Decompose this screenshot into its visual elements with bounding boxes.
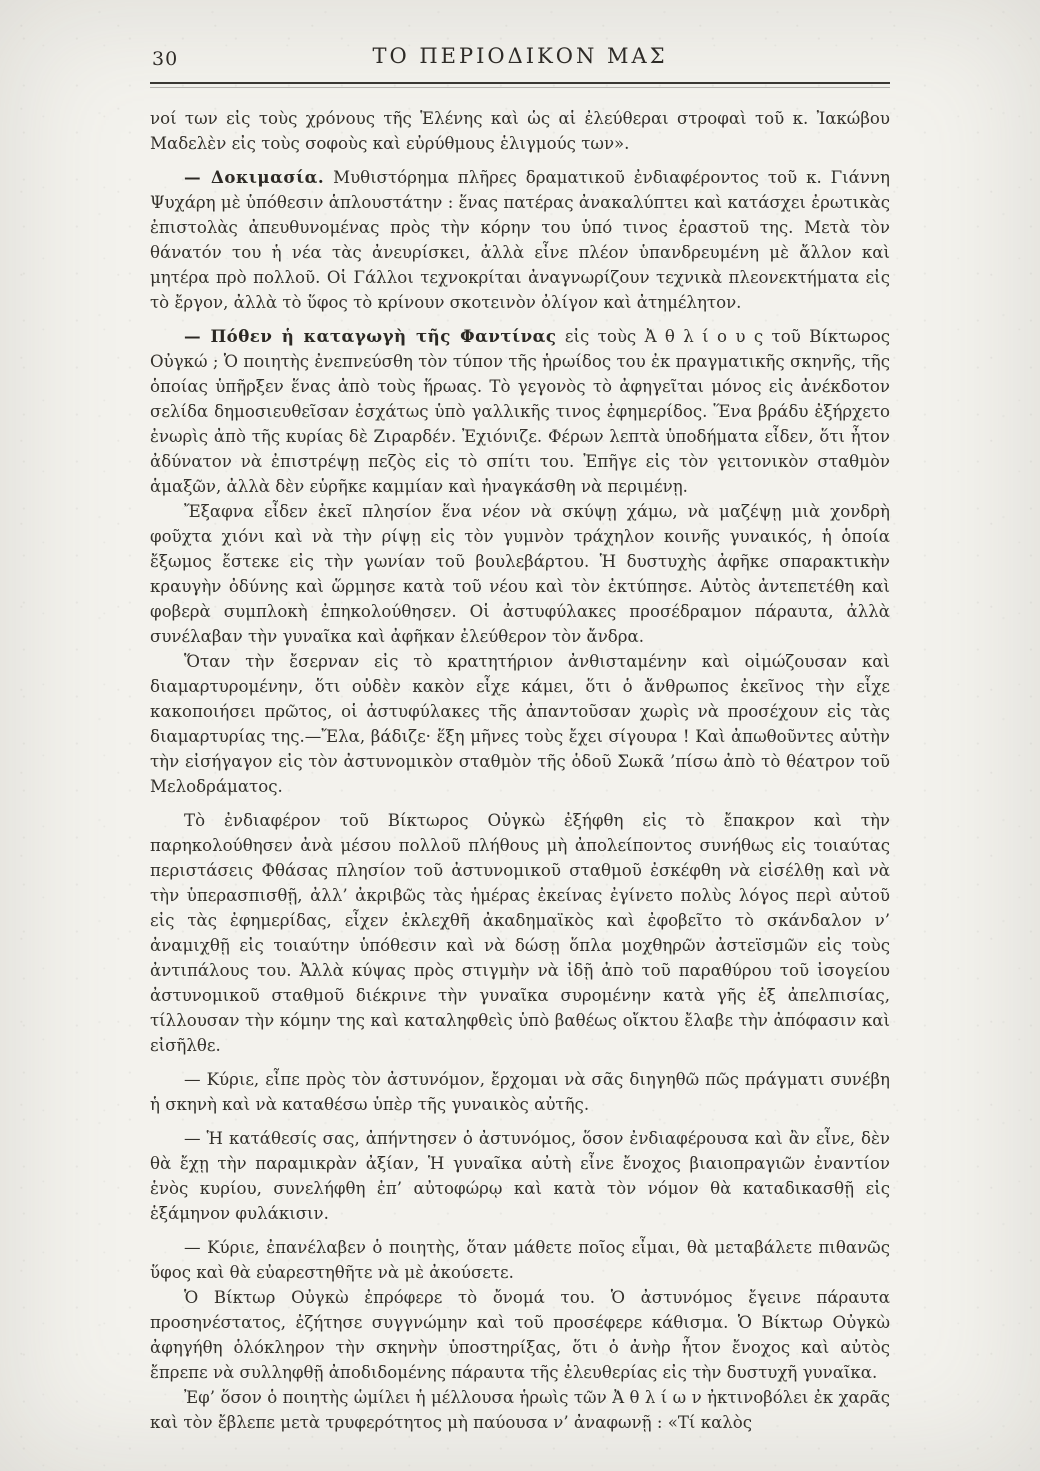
paragraph: — Πόθεν ἡ καταγωγὴ τῆς Φαντίνας εἰς τοὺς… [150, 324, 890, 499]
paragraph: Ὅταν τὴν ἔσερναν εἰς τὸ κρατητήριον ἀνθι… [150, 649, 890, 799]
paragraph: Ἐφ’ ὅσον ὁ ποιητὴς ὡμίλει ἡ μέλλουσα ἡρω… [150, 1385, 890, 1435]
paragraph-text: νοί των εἰς τοὺς χρόνους τῆς Ἑλένης καὶ … [150, 109, 890, 153]
article-body: νοί των εἰς τοὺς χρόνους τῆς Ἑλένης καὶ … [150, 106, 890, 1435]
paragraph: Τὸ ἐνδιαφέρον τοῦ Βίκτωρος Οὐγκὼ ἐξήφθη … [150, 808, 890, 1058]
paragraph-text: — Κύριε, ἐπανέλαβεν ὁ ποιητὴς, ὅταν μάθε… [150, 1238, 890, 1282]
paragraph: νοί των εἰς τοὺς χρόνους τῆς Ἑλένης καὶ … [150, 106, 890, 156]
paragraph-text: Ὁ Βίκτωρ Οὐγκὼ ἐπρόφερε τὸ ὄνομά του. Ὁ … [150, 1288, 890, 1382]
paragraph-lead: — Δοκιμασία. [184, 167, 324, 187]
paragraph: — Ἡ κατάθεσίς σας, ἀπήντησεν ὁ ἀστυνόμος… [150, 1126, 890, 1226]
paragraph-text: Ἔξαφνα εἶδεν ἐκεῖ πλησίον ἕνα νέον νὰ σκ… [150, 502, 890, 646]
paragraph-text: Μυθιστόρημα πλῆρες δραματικοῦ ἐνδιαφέρον… [150, 168, 890, 312]
paragraph: — Κύριε, ἐπανέλαβεν ὁ ποιητὴς, ὅταν μάθε… [150, 1235, 890, 1285]
paragraph: — Δοκιμασία. Μυθιστόρημα πλῆρες δραματικ… [150, 165, 890, 315]
paragraph-lead: — Πόθεν ἡ καταγωγὴ τῆς Φαντίνας [184, 326, 557, 346]
paragraph-text: Τὸ ἐνδιαφέρον τοῦ Βίκτωρος Οὐγκὼ ἐξήφθη … [150, 811, 890, 1055]
paragraph-text: — Κύριε, εἶπε πρὸς τὸν ἀστυνόμον, ἔρχομα… [150, 1070, 890, 1114]
paragraph-text: Ὅταν τὴν ἔσερναν εἰς τὸ κρατητήριον ἀνθι… [150, 652, 890, 796]
paragraph-text: εἰς τοὺς Ἀ θ λ ί ο υ ς τοῦ Βίκτωρος Οὐγκ… [150, 327, 890, 496]
paragraph-text: Ἐφ’ ὅσον ὁ ποιητὴς ὡμίλει ἡ μέλλουσα ἡρω… [150, 1388, 890, 1432]
magazine-page: 30 ΤΟ ΠΕΡΙΟΔΙΚΟΝ ΜΑΣ νοί των εἰς τοὺς χρ… [150, 0, 890, 1435]
paragraph: Ἔξαφνα εἶδεν ἐκεῖ πλησίον ἕνα νέον νὰ σκ… [150, 499, 890, 649]
paragraph: Ὁ Βίκτωρ Οὐγκὼ ἐπρόφερε τὸ ὄνομά του. Ὁ … [150, 1285, 890, 1385]
header-rule [150, 82, 890, 88]
page-title: ΤΟ ΠΕΡΙΟΔΙΚΟΝ ΜΑΣ [150, 44, 890, 68]
page-header: 30 ΤΟ ΠΕΡΙΟΔΙΚΟΝ ΜΑΣ [150, 44, 890, 78]
paragraph: — Κύριε, εἶπε πρὸς τὸν ἀστυνόμον, ἔρχομα… [150, 1067, 890, 1117]
page-number: 30 [152, 48, 178, 70]
paragraph-text: — Ἡ κατάθεσίς σας, ἀπήντησεν ὁ ἀστυνόμος… [150, 1129, 890, 1223]
